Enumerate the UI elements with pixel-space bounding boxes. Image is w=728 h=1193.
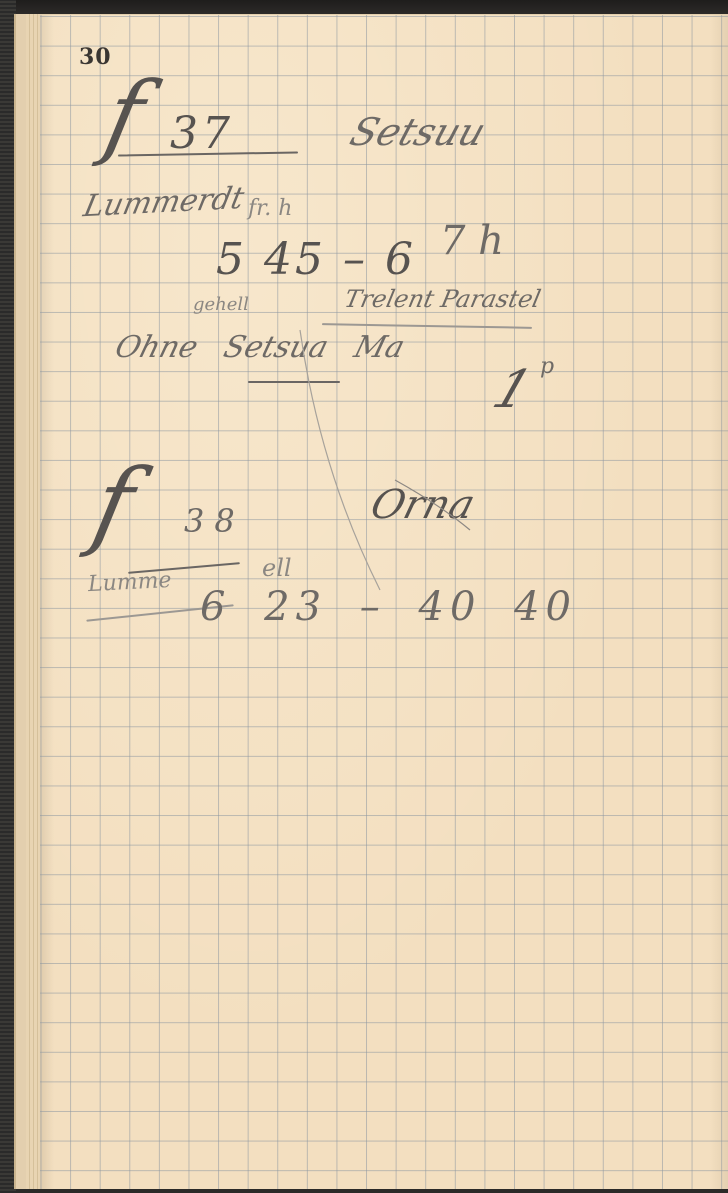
superscript-note: fr. h — [248, 196, 292, 221]
entry-title: Orna — [366, 482, 480, 528]
time-superscript: 7 h — [440, 218, 504, 264]
time-range: 5 45 – 6 — [216, 234, 416, 285]
entry-value-superscript: p — [540, 354, 554, 379]
line-underline — [248, 381, 340, 383]
time-range: 6 23 – 40 40 — [200, 584, 577, 630]
page-edges — [26, 14, 40, 1189]
folio-number: 37 — [170, 108, 234, 159]
page-number: 30 — [79, 44, 112, 70]
entry-line: Ohne Setsua Ma — [111, 330, 408, 365]
note-left: gehell — [193, 294, 249, 315]
note-right: Trelent Parastel — [342, 285, 543, 313]
superscript-note: ell — [262, 554, 292, 582]
folio-number: 38 — [184, 502, 245, 540]
entry-title: Setsuu — [345, 110, 492, 154]
